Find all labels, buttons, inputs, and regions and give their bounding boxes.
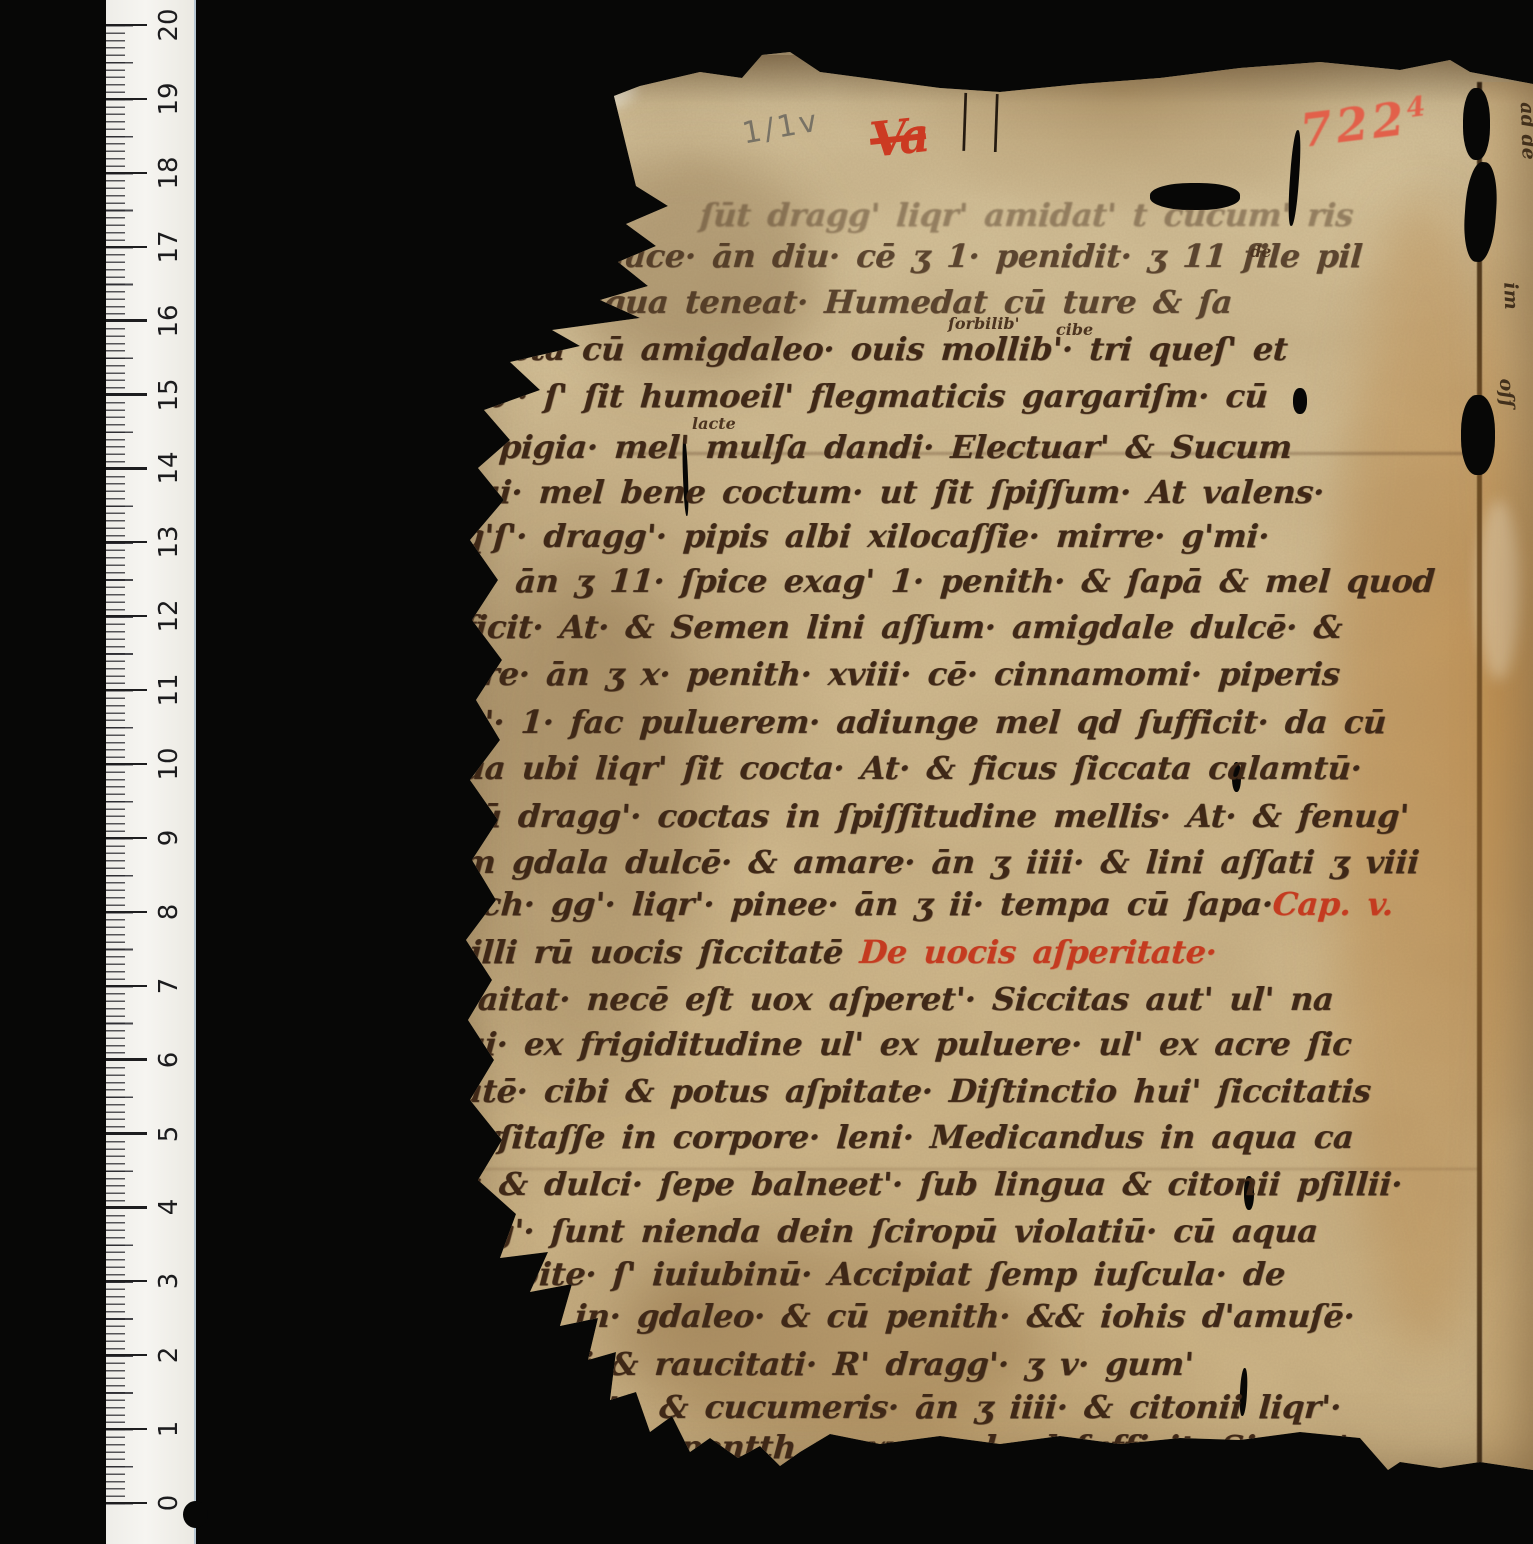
ruler-number: 10 (154, 747, 184, 781)
ruler-number: 13 (154, 525, 184, 559)
manuscript-text-line: are· ān ʒ x· penith· xviii· cē· cinnamom… (461, 655, 1341, 693)
ruler-cm-tick (106, 1354, 147, 1356)
ruler-cm-tick (106, 1132, 147, 1134)
ruler-number: 1 (154, 1412, 184, 1446)
text-segment: rū dragg'· coctas in ſpiſſitudine mellis… (461, 797, 1410, 835)
text-segment: ſacta cū amigdaleo· ouis mollib'· tri qu… (477, 330, 1289, 368)
ruler-cm-tick (106, 985, 147, 987)
ruler-number: 4 (154, 1190, 184, 1224)
ruler-number: 18 (154, 156, 184, 190)
manuscript-text-line: a pigia· mel' mulſa dandi· Electuar' & S… (461, 428, 1293, 466)
text-segment: ui· ex frigiditudine ul' ex puluere· ul'… (461, 1025, 1353, 1063)
ruler-notch (183, 1501, 208, 1528)
text-segment: urbite· ſ' iuiubinū· Accipiat ſemp iuſcu… (477, 1255, 1287, 1293)
manuscript-text-line: itati & raucitati· R' dragg'· ʒ v· gum' (519, 1345, 1195, 1383)
manuscript-text-line: a & dulci· ſepe balneet'· ſub lingua & c… (461, 1165, 1404, 1203)
manuscript-text-line: in· gdaleo· & cū penith· && iohis d'amuſ… (574, 1297, 1356, 1335)
ruler-cm-tick (106, 393, 147, 395)
manuscript-text-line: ſ' pentth ʒ xxx· mel qd ſufficit· Simili… (639, 1428, 1349, 1466)
ruler-cm-tick (106, 911, 147, 913)
text-segment: m gdala dulcē· & amare· ān ʒ iiii· & lin… (461, 843, 1421, 881)
manuscript-text-line: atē· cibi & potus aſpitate· Diſtinctio h… (461, 1072, 1372, 1110)
text-segment: icti· & cucumeris· ān ʒ iiii· & citonii … (574, 1388, 1343, 1426)
ruler-number: 3 (154, 1264, 184, 1298)
ruler-cm-tick (106, 319, 147, 321)
ruler-cm-tick (106, 172, 147, 174)
ruler-cm-tick (106, 1502, 147, 1504)
ruler-cm-tick (106, 98, 147, 100)
ruler-number: 7 (154, 969, 184, 1003)
ruler-number: 9 (154, 821, 184, 855)
ruler-number: 19 (154, 82, 184, 116)
manuscript-text-line: r'· ān ʒ 11· ſpice exag' 1· penith· & ſa… (461, 562, 1436, 600)
ruler-number: 8 (154, 895, 184, 929)
manuscript-text-line: m gdala dulcē· & amare· ān ʒ iiii· & lin… (461, 843, 1421, 881)
ink-stroke-marks: || (954, 83, 1019, 153)
ruler-cm-tick (106, 689, 147, 691)
ruler-number: 5 (154, 1117, 184, 1151)
text-segment: q'ſ'· dragg'· pipis albi xilocaſſie· mir… (461, 517, 1271, 555)
ruler-number: 2 (154, 1338, 184, 1372)
manuscript-text-line: g'· 1· fac puluerem· adiunge mel qd ſuff… (461, 703, 1388, 741)
text-segment: r'· ān ʒ 11· ſpice exag' 1· penith· & ſa… (461, 562, 1436, 600)
ruler-number: 14 (154, 451, 184, 485)
text-segment: gg'· ſunt nienda dein ſciropū violatiū· … (469, 1212, 1319, 1250)
manuscript-text-line: ficit· At· & Semen lini aſſum· amigdale … (461, 608, 1344, 646)
text-segment: are· ān ʒ x· penith· xviii· cē· cinnamom… (461, 655, 1341, 693)
tear-hole (1461, 395, 1495, 475)
manuscript-text-line: erſitaſſe in corpore· leni· Medicandus i… (461, 1118, 1355, 1156)
manuscript-text-line: lui· mel bene coctum· ut ſit ſpiſſum· At… (464, 473, 1326, 511)
ruler-cm-tick (106, 246, 147, 248)
red-collation-mark: Va (867, 107, 928, 169)
ruler-cm-tick (106, 763, 147, 765)
text-segment: g'· 1· fac puluerem· adiunge mel qd ſuff… (461, 703, 1388, 741)
stub-text-fragment: oſſ (1495, 378, 1518, 408)
ruler-cm-tick (106, 615, 147, 617)
manuscript-text-line: lib'· ſ' ſit humoeil' flegmaticis gargar… (461, 377, 1269, 415)
manuscript-text-line: ich· gg'· liqr'· pinee· ān ʒ ii· tempa c… (469, 885, 1395, 923)
manuscript-text-line: ſūt dragg' liqr' amidat' t cucum' ris (699, 196, 1355, 234)
ruler-cm-tick (106, 1280, 147, 1282)
tear-hole (1463, 88, 1490, 160)
interlinear-gloss: de (1250, 242, 1271, 261)
text-segment: atē· cibi & potus aſpitate· Diſtinctio h… (461, 1072, 1372, 1110)
ruler-cm-tick (106, 837, 147, 839)
manuscript-text-line: ua ubi liqr' ſit cocta· At· & ficus ſicc… (461, 749, 1363, 787)
manuscript-photo: { "ruler": { "unit_labels": ["0","1","2"… (0, 0, 1533, 1544)
ruler-cm-tick (106, 541, 147, 543)
ruler-cm-tick (106, 1206, 147, 1208)
text-segment: illi rū uocis ſiccitatē (469, 933, 861, 971)
scale-bar-ruler: 01234567891011121314151617181920 (106, 0, 196, 1544)
manuscript-text-line: q'ſ'· dragg'· pipis albi xilocaſſie· mir… (461, 517, 1271, 555)
ruler-number: 11 (154, 673, 184, 707)
ruler-cm-tick (106, 1428, 147, 1430)
ruler-number: 6 (154, 1043, 184, 1077)
manuscript-text-line: gg'· ſunt nienda dein ſciropū violatiū· … (469, 1212, 1319, 1250)
manuscript-text-line: ſacta cū amigdaleo· ouis mollib'· tri qu… (477, 330, 1289, 368)
ruler-number: 0 (154, 1486, 184, 1520)
ruler-number: 20 (154, 8, 184, 42)
ruler-cm-tick (106, 1058, 147, 1060)
interlinear-gloss: lacte (692, 414, 736, 433)
ruler-number: 16 (154, 304, 184, 338)
ruler-cm-tick (106, 24, 147, 26)
stub-text-fragment: im (1499, 282, 1522, 310)
text-segment: lui· mel bene coctum· ut ſit ſpiſſum· At… (464, 473, 1326, 511)
manuscript-text-line: q' b lingua teneat· Humedat cū ture & ſa (469, 283, 1234, 321)
manuscript-text-line: ui· ex frigiditudine ul' ex puluere· ul'… (461, 1025, 1353, 1063)
manuscript-text-line: aitat· necē eſt uox aſperet'· Siccitas a… (477, 980, 1335, 1018)
manuscript-text-line: illi rū uocis ſiccitatē De uocis aſperit… (469, 933, 1218, 971)
text-segment: in· gdaleo· & cū penith· && iohis d'amuſ… (574, 1297, 1356, 1335)
text-segment: ua ubi liqr' ſit cocta· At· & ficus ſicc… (461, 749, 1363, 787)
text-segment: ſūt dragg' liqr' amidat' t cucum' ris (699, 196, 1355, 234)
tear-hole (1293, 388, 1307, 414)
text-segment: a & dulci· ſepe balneet'· ſub lingua & c… (461, 1165, 1404, 1203)
foliation-superscript: 4 (1405, 91, 1431, 125)
rubric-segment: De uocis aſperitate· (858, 933, 1217, 971)
ruler-cm-tick (106, 467, 147, 469)
text-segment: ſ' pentth ʒ xxx· mel qd ſufficit· Simili… (639, 1428, 1349, 1466)
text-segment: lib'· ſ' ſit humoeil' flegmaticis gargar… (461, 377, 1269, 415)
manuscript-text-line: rtulace· ān diu· cē ʒ 1· penidit· ʒ 11 ſ… (559, 237, 1364, 275)
text-segment: aitat· necē eſt uox aſperet'· Siccitas a… (477, 980, 1335, 1018)
manuscript-text-line: rū dragg'· coctas in ſpiſſitudine mellis… (461, 797, 1410, 835)
text-segment: ich· gg'· liqr'· pinee· ān ʒ ii· tempa c… (469, 885, 1274, 923)
text-segment: a pigia· mel' mulſa dandi· Electuar' & S… (461, 428, 1293, 466)
manuscript-text-line: urbite· ſ' iuiubinū· Accipiat ſemp iuſcu… (477, 1255, 1287, 1293)
text-segment: itati & raucitati· R' dragg'· ʒ v· gum' (519, 1345, 1195, 1383)
text-segment: ficit· At· & Semen lini aſſum· amigdale … (461, 608, 1344, 646)
text-segment: q' b lingua teneat· Humedat cū ture & ſa (469, 283, 1234, 321)
parchment-fragment: 1/1v Va || 7224 ſūt dragg' liqr' amidat'… (0, 0, 1533, 1544)
ruler-number: 12 (154, 599, 184, 633)
ruler-number: 17 (154, 230, 184, 264)
manuscript-text-line: icti· & cucumeris· ān ʒ iiii· & citonii … (574, 1388, 1343, 1426)
ruler-number: 15 (154, 378, 184, 412)
text-segment: rtulace· ān diu· cē ʒ 1· penidit· ʒ 11 ſ… (559, 237, 1364, 275)
text-segment: erſitaſſe in corpore· leni· Medicandus i… (461, 1118, 1355, 1156)
interlinear-gloss: cibe (1056, 320, 1093, 339)
interlinear-gloss: ſorbilib' (948, 314, 1020, 333)
stub-text-fragment: ad de (1516, 102, 1533, 160)
rubric-segment: Cap. v. (1271, 885, 1394, 923)
